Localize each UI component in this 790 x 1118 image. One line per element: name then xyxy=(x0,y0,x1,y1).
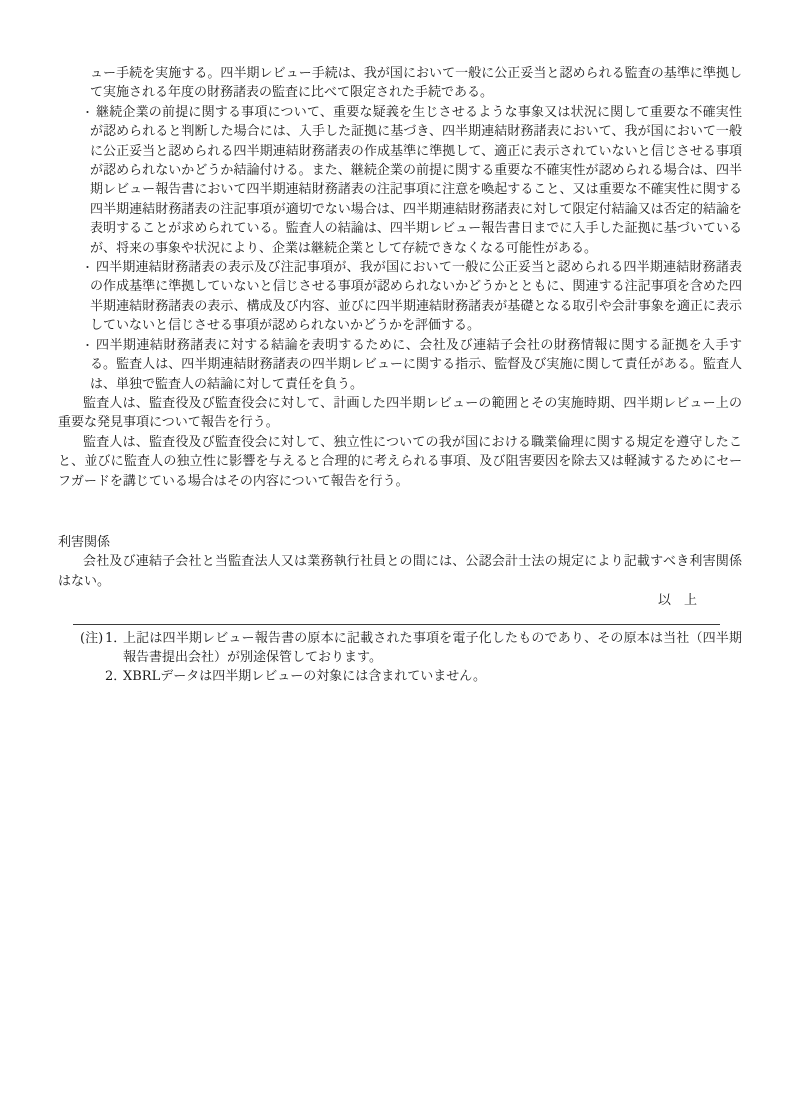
footnote-label: (注) xyxy=(80,629,105,687)
footnote-items: 1． 上記は四半期レビュー報告書の原本に記載された事項を電子化したものであり、そ… xyxy=(105,629,742,687)
bullet-text: 四半期連結財務諸表に対する結論を表明するために、会社及び連結子会社の財務情報に関… xyxy=(90,336,742,394)
footnote-item: 1． 上記は四半期レビュー報告書の原本に記載された事項を電子化したものであり、そ… xyxy=(105,629,742,668)
bullet-marker: ・ xyxy=(82,258,93,277)
paragraph-scope-reporting: 監査人は、監査役及び監査役会に対して、計画した四半期レビューの範囲とその実施時期… xyxy=(58,394,742,433)
bullet-marker: ・ xyxy=(82,336,93,355)
document-page: ュー手続を実施する。四半期レビュー手続は、我が国において一般に公正妥当と認められ… xyxy=(0,0,790,1118)
footnote-number: 2． xyxy=(105,667,123,686)
bullet-item-presentation: ・ 四半期連結財務諸表の表示及び注記事項が、我が国において一般に公正妥当と認めら… xyxy=(90,258,742,336)
footnote-text: XBRLデータは四半期レビューの対象には含まれていません。 xyxy=(123,667,742,686)
bullet-text: 四半期連結財務諸表の表示及び注記事項が、我が国において一般に公正妥当と認められる… xyxy=(90,258,742,336)
footnotes-block: (注) 1． 上記は四半期レビュー報告書の原本に記載された事項を電子化したもので… xyxy=(80,629,742,687)
section-heading-interest: 利害関係 xyxy=(58,533,742,552)
bullet-item-going-concern: ・ 継続企業の前提に関する事項について、重要な疑義を生じさせるような事象又は状況… xyxy=(90,103,742,258)
footnote-divider xyxy=(73,624,720,625)
closing-statement: 以 上 xyxy=(58,591,742,610)
footnote-number: 1． xyxy=(105,629,123,668)
bullet-text: 継続企業の前提に関する事項について、重要な疑義を生じさせるような事象又は状況に関… xyxy=(90,103,742,258)
paragraph-independence: 監査人は、監査役及び監査役会に対して、独立性についての我が国における職業倫理に関… xyxy=(58,433,742,491)
bullet-item-evidence: ・ 四半期連結財務諸表に対する結論を表明するために、会社及び連結子会社の財務情報… xyxy=(90,336,742,394)
interest-section-body: 会社及び連結子会社と当監査法人又は業務執行社員との間には、公認会計士法の規定によ… xyxy=(58,552,742,591)
continuation-paragraph: ュー手続を実施する。四半期レビュー手続は、我が国において一般に公正妥当と認められ… xyxy=(90,64,742,103)
bullet-marker: ・ xyxy=(82,103,93,122)
footnote-text: 上記は四半期レビュー報告書の原本に記載された事項を電子化したものであり、その原本… xyxy=(123,629,742,668)
footnote-item: 2． XBRLデータは四半期レビューの対象には含まれていません。 xyxy=(105,667,742,686)
